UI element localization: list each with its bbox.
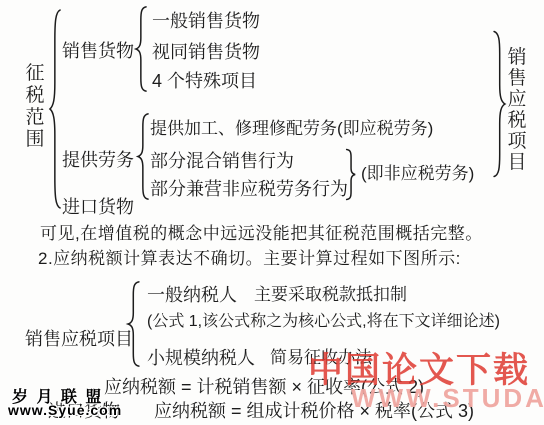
brace-close-non-taxable	[345, 149, 356, 200]
formula1-note: (公式 1,该公式称之为核心公式,将在下文详细论述)	[147, 313, 500, 331]
services-child-2: 部分混合销售行为	[150, 151, 294, 172]
non-taxable-annotation: (即非应税劳务)	[361, 164, 474, 184]
brace-close-right	[492, 30, 506, 178]
services-child-1: 提供加工、修理修配劳务(即应税劳务)	[150, 119, 433, 139]
paragraph-line-2: 2.应纳税额计算表达不确切。主要计算过程如下图所示:	[38, 249, 461, 269]
small-taxpayer-label: 小规模纳税人	[147, 348, 255, 369]
general-taxpayer-method: 主要采取税款抵扣制	[254, 285, 407, 305]
brace-open-bottom	[127, 281, 141, 367]
scanned-page: 征税范围 销售货物 一般销售货物 视同销售货物 4 个特殊项目 提供劳务 提供加…	[0, 0, 544, 425]
bottom-root-label: 销售应税项目	[25, 329, 133, 350]
brace-open-services	[137, 113, 150, 200]
sales-goods-child-2: 视同销售货物	[152, 42, 260, 63]
branch-services-label: 提供劳务	[62, 150, 134, 171]
studa-watermark-url: WWW.STUDA.	[351, 383, 544, 414]
sales-goods-child-3: 4 个特殊项目	[152, 71, 257, 92]
paragraph-line-1: 可见,在增值税的概念中远远没能把其征税范围概括完整。	[40, 224, 483, 244]
brace-open-main	[49, 8, 62, 210]
services-child-3: 部分兼营非应税劳务行为	[150, 179, 348, 200]
branch-import-goods-label: 进口货物	[62, 197, 134, 218]
sales-goods-child-1: 一般销售货物	[152, 11, 260, 32]
syue-watermark-url: www.Syue.com	[8, 402, 122, 418]
branch-sales-goods-label: 销售货物	[62, 41, 134, 62]
top-root-label: 征税范围	[25, 63, 45, 151]
top-right-label: 销售应税项目	[507, 47, 527, 173]
general-taxpayer-label: 一般纳税人	[147, 285, 237, 306]
brace-open-sales-goods	[135, 6, 148, 92]
